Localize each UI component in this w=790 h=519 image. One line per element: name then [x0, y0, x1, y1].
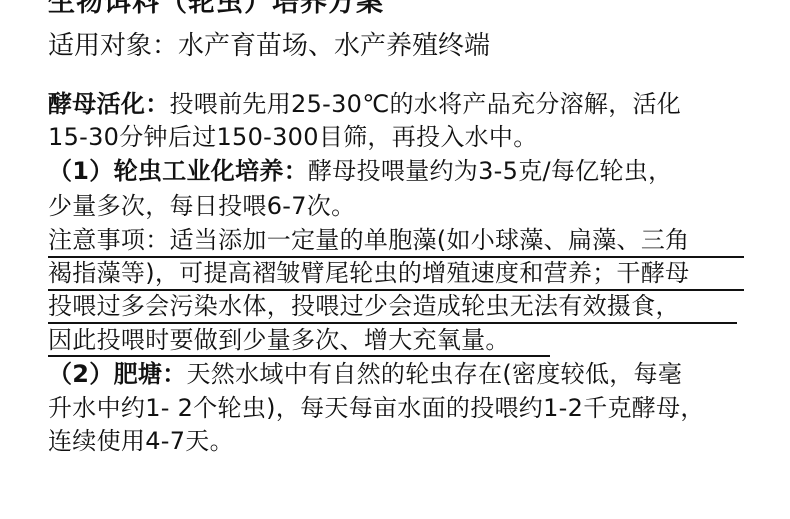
fertilize-pond-text-1: 天然水域中有自然的轮虫存在(密度较低，每毫 [187, 360, 683, 388]
yeast-activation-text-1: 投喂前先用25-30℃的水将产品充分溶解，活化 [170, 90, 682, 118]
notes-line-2: 褐指藻等)，可提高褶皱臂尾轮虫的增殖速度和营养；干酵母 [48, 257, 689, 289]
fertilize-pond-line-2: 升水中约1- 2个轮虫)，每天每亩水面的投喂约1-2千克酵母， [48, 392, 705, 424]
industrial-culture-line-1: （1）轮虫工业化培养：酵母投喂量约为3-5克/每亿轮虫， [48, 155, 672, 187]
industrial-culture-text-2: 少量多次，每日投喂6-7次。 [48, 192, 355, 220]
industrial-culture-text-1: 酵母投喂量约为3-5克/每亿轮虫， [308, 157, 672, 185]
underline-divider [48, 355, 550, 357]
document-title: 生物饵料（轮虫）培养方案 [48, 0, 384, 20]
yeast-activation-label: 酵母活化： [48, 90, 170, 118]
notes-text-4: 因此投喂时要做到少量多次、增大充氧量。 [48, 326, 510, 354]
notes-line-3: 投喂过多会污染水体，投喂过少会造成轮虫无法有效摄食， [48, 290, 680, 322]
document-page: 生物饵料（轮虫）培养方案 适用对象：水产育苗场、水产养殖终端 酵母活化：投喂前先… [0, 0, 790, 519]
industrial-culture-line-2: 少量多次，每日投喂6-7次。 [48, 190, 355, 222]
notes-line-1: 注意事项：适当添加一定量的单胞藻(如小球藻、扁藻、三角 [48, 224, 689, 256]
applicable-target: 适用对象：水产育苗场、水产养殖终端 [48, 29, 490, 63]
industrial-culture-label: （1）轮虫工业化培养： [48, 157, 308, 185]
fertilize-pond-text-3: 连续使用4-7天。 [48, 427, 234, 455]
notes-line-4: 因此投喂时要做到少量多次、增大充氧量。 [48, 324, 510, 356]
notes-text-3: 投喂过多会污染水体，投喂过少会造成轮虫无法有效摄食， [48, 292, 680, 320]
fertilize-pond-line-1: （2）肥塘：天然水域中有自然的轮虫存在(密度较低，每毫 [48, 358, 682, 390]
notes-text-2: 褐指藻等)，可提高褶皱臂尾轮虫的增殖速度和营养；干酵母 [48, 259, 689, 287]
notes-text-1: 注意事项：适当添加一定量的单胞藻(如小球藻、扁藻、三角 [48, 226, 689, 254]
fertilize-pond-text-2: 升水中约1- 2个轮虫)，每天每亩水面的投喂约1-2千克酵母， [48, 394, 705, 422]
yeast-activation-line-2: 15-30分钟后过150-300目筛，再投入水中。 [48, 121, 538, 153]
fertilize-pond-line-3: 连续使用4-7天。 [48, 425, 234, 457]
yeast-activation-text-2: 15-30分钟后过150-300目筛，再投入水中。 [48, 123, 538, 151]
yeast-activation-line-1: 酵母活化：投喂前先用25-30℃的水将产品充分溶解，活化 [48, 88, 681, 120]
fertilize-pond-label: （2）肥塘： [48, 360, 187, 388]
